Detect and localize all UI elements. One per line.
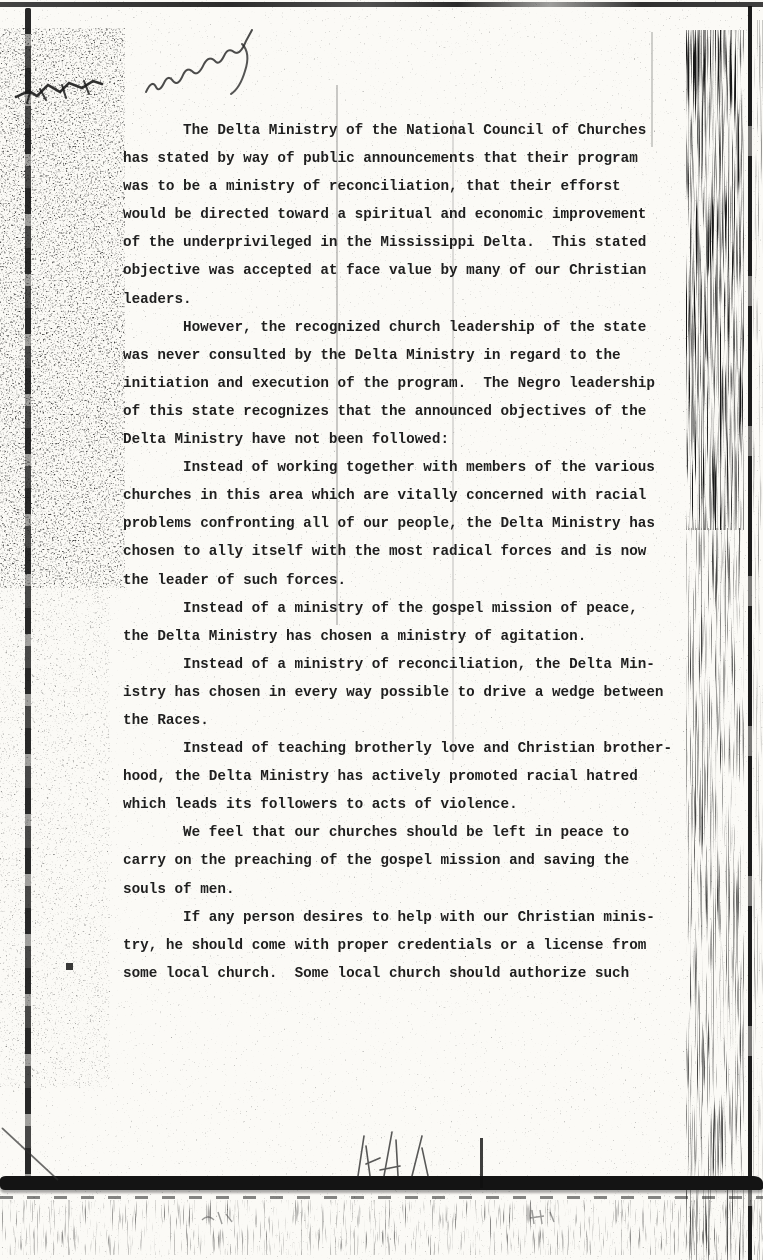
scratch-marks-bottom bbox=[340, 1118, 480, 1180]
document-body: The Delta Ministry of the National Counc… bbox=[123, 117, 683, 988]
text-line: leaders. bbox=[123, 286, 683, 314]
pencil-mark bbox=[198, 1208, 238, 1228]
text-line: The Delta Ministry of the National Counc… bbox=[123, 117, 683, 145]
text-line: objective was accepted at face value by … bbox=[123, 257, 683, 285]
text-line: carry on the preaching of the gospel mis… bbox=[123, 847, 683, 875]
text-line: the leader of such forces. bbox=[123, 567, 683, 595]
page-right-edge-line bbox=[748, 6, 752, 1260]
scan-noise-right-band-bottom bbox=[686, 528, 744, 1260]
text-line: We feel that our churches should be left… bbox=[123, 819, 683, 847]
scanned-page: The Delta Ministry of the National Counc… bbox=[0, 0, 763, 1260]
text-line: churches in this area which are vitally … bbox=[123, 482, 683, 510]
paper-crease-line bbox=[480, 1138, 483, 1188]
text-line: Instead of working together with members… bbox=[123, 454, 683, 482]
scan-noise-right-band-top bbox=[686, 30, 744, 530]
text-line: which leads its followers to acts of vio… bbox=[123, 791, 683, 819]
text-line: of this state recognizes that the announ… bbox=[123, 398, 683, 426]
text-line: Instead of teaching brotherly love and C… bbox=[123, 735, 683, 763]
text-line: hood, the Delta Ministry has actively pr… bbox=[123, 763, 683, 791]
text-line: Instead of a ministry of the gospel miss… bbox=[123, 595, 683, 623]
text-line: was never consulted by the Delta Ministr… bbox=[123, 342, 683, 370]
page-bottom-dashed-line bbox=[0, 1196, 763, 1199]
text-line: has stated by way of public announcement… bbox=[123, 145, 683, 173]
text-line: chosen to ally itself with the most radi… bbox=[123, 538, 683, 566]
text-line: souls of men. bbox=[123, 876, 683, 904]
text-line: problems confronting all of our people, … bbox=[123, 510, 683, 538]
scan-noise-right-edge bbox=[753, 20, 763, 1260]
diagonal-pen-line bbox=[0, 1124, 70, 1184]
pen-scrawl-mark bbox=[10, 55, 130, 115]
page-bottom-fold-band bbox=[0, 1176, 763, 1190]
text-line: some local church. Some local church sho… bbox=[123, 960, 683, 988]
text-line: of the underprivileged in the Mississipp… bbox=[123, 229, 683, 257]
scan-noise-left-margin-top bbox=[0, 28, 125, 588]
text-line: However, the recognized church leadershi… bbox=[123, 314, 683, 342]
scan-noise-left-margin-bottom bbox=[0, 588, 110, 1088]
handwritten-scribble bbox=[138, 28, 268, 103]
text-line: the Races. bbox=[123, 707, 683, 735]
text-line: Delta Ministry have not been followed: bbox=[123, 426, 683, 454]
text-line: Instead of a ministry of reconciliation,… bbox=[123, 651, 683, 679]
text-line: the Delta Ministry has chosen a ministry… bbox=[123, 623, 683, 651]
text-line: initiation and execution of the program.… bbox=[123, 370, 683, 398]
pencil-mark bbox=[526, 1206, 566, 1228]
ink-square-mark bbox=[66, 963, 73, 970]
scan-top-edge-line bbox=[0, 2, 763, 7]
text-line: try, he should come with proper credenti… bbox=[123, 932, 683, 960]
scan-noise-bottom-strip bbox=[0, 1200, 763, 1255]
page-binding-edge-line bbox=[25, 8, 31, 1188]
text-line: was to be a ministry of reconciliation, … bbox=[123, 173, 683, 201]
text-line: If any person desires to help with our C… bbox=[123, 904, 683, 932]
text-line: istry has chosen in every way possible t… bbox=[123, 679, 683, 707]
text-line: would be directed toward a spiritual and… bbox=[123, 201, 683, 229]
